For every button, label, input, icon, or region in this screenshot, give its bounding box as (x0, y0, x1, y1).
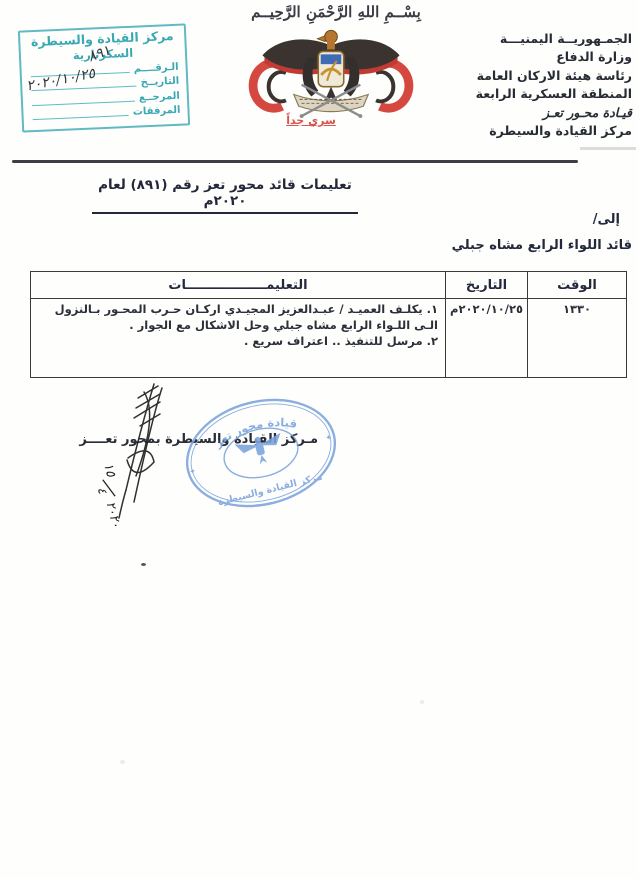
header-divider-rule (12, 160, 578, 163)
recipient-line: قائد اللواء الرابع مشاه جبلي (452, 238, 632, 253)
handwritten-vertical-date: ١٥ ٤ ٢٠٢٠ (84, 452, 164, 572)
to-label: إلى/ (593, 212, 620, 227)
command-center-oval-stamp: قيادة محور تعز مركز القيادة والسيطرة ✦ ✦ (171, 379, 352, 528)
hw-date-year: ٢٠٢٠ (103, 500, 124, 530)
header-line-axis: قيـادة محـور تعـز (402, 104, 632, 122)
instruction-item-2: ٢. مرسل للتنفيذ .. اعتراف سريع . (37, 334, 438, 350)
scanned-military-document: بِسْــمِ اللهِ الرَّحْمَنِ الرَّحِيــم س… (0, 0, 638, 878)
cell-date: ٢٠٢٠/١٠/٢٥م (445, 299, 527, 377)
header-line-republic: الجمـهوريــة اليمنيـــة (402, 30, 632, 48)
field-label-date: التاريــخ (140, 76, 179, 89)
scan-artifact-line (580, 147, 636, 150)
table-row: ١٣٣٠ ٢٠٢٠/١٠/٢٥م ١. يكلـف العميـد / عبـد… (31, 299, 626, 377)
hw-date-month: ٤ (95, 486, 110, 496)
table-header-row: الوقت التاريخ التعليمــــــــــــــــــا… (31, 272, 626, 299)
yemen-national-emblem-icon (242, 24, 420, 118)
header-line-center: مركز القيادة والسيطرة (402, 122, 632, 140)
stamp-side-mark-right: ✦ (324, 432, 333, 442)
scan-speck (420, 700, 424, 704)
header-line-staff: رئاسة هيئة الاركان العامة (402, 67, 632, 85)
classification-label: سري جداً (268, 114, 354, 127)
cell-time: ١٣٣٠ (527, 299, 626, 377)
col-header-time: الوقت (527, 272, 626, 298)
col-header-instructions: التعليمــــــــــــــــــات (31, 272, 445, 298)
instruction-item-1: ١. يكلـف العميـد / عبـدالعزيز المجيـدي ا… (37, 302, 438, 333)
col-header-date: التاريخ (445, 272, 527, 298)
stamp-eagle-icon (234, 431, 287, 469)
hw-date-day: ١٥ (100, 461, 118, 479)
header-line-region: المنطقة العسكرية الرابعة (402, 85, 632, 103)
field-label-reference: المرجــع (139, 90, 180, 103)
field-line (33, 114, 129, 120)
instructions-table: الوقت التاريخ التعليمــــــــــــــــــا… (30, 271, 627, 378)
cell-instructions: ١. يكلـف العميـد / عبـدالعزيز المجيـدي ا… (31, 299, 445, 377)
document-title: تعليمات قائد محور تعز رقم (٨٩١) لعام ٢٠٢… (92, 177, 358, 214)
header-unit-block: الجمـهوريــة اليمنيـــة وزارة الدفاع رئا… (402, 30, 632, 140)
basmala-calligraphy: بِسْــمِ اللهِ الرَّحْمَنِ الرَّحِيــم (238, 3, 434, 21)
scan-speck (120, 760, 125, 764)
field-label-number: الـرقــــم (133, 61, 178, 74)
scan-speck (141, 563, 146, 566)
field-label-attachments: المرفقات (133, 105, 181, 118)
header-line-ministry: وزارة الدفاع (402, 48, 632, 66)
